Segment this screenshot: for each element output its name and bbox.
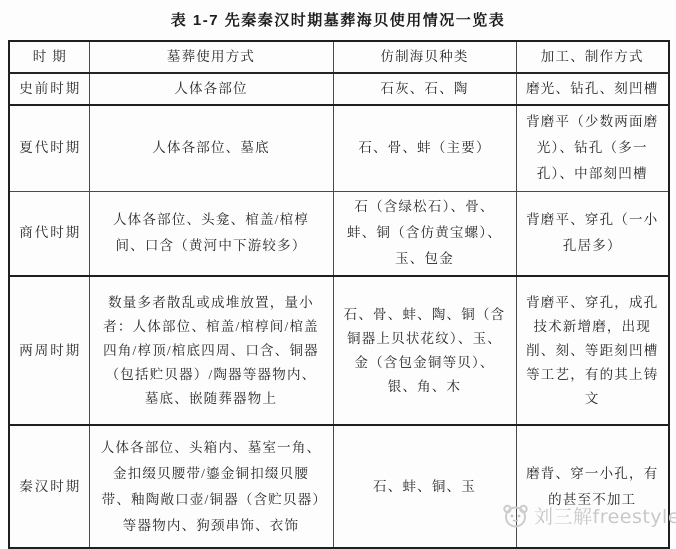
row-qinhan-period: 秦汉时期 人体各部位、头箱内、墓室一角、金扣缀贝腰带/鎏金铜扣缀贝腰带、釉陶敞口… — [9, 425, 669, 548]
usage-cell: 数量多者散乱或成堆放置，量小者：人体部位、棺盖/棺椁间/棺盖四角/椁顶/棺底四周… — [89, 276, 333, 425]
period-cell: 秦汉时期 — [9, 425, 89, 548]
row-xia-period: 夏代时期 人体各部位、墓底 石、骨、蚌（主要） 背磨平（少数两面磨光）、钻孔（多… — [9, 105, 669, 191]
period-cell: 两周时期 — [9, 276, 89, 425]
column-header-burial-usage: 墓葬使用方式 — [89, 41, 333, 73]
processing-cell: 背磨平、穿孔，成孔技术新增磨，出现削、刻、等距刻凹槽等工艺，有的其上铸文 — [516, 276, 669, 425]
column-header-period: 时期 — [9, 41, 89, 73]
types-cell: 石、骨、蚌（主要） — [333, 105, 516, 191]
period-cell: 夏代时期 — [9, 105, 89, 191]
period-cell: 史前时期 — [9, 73, 89, 105]
types-cell: 石灰、石、陶 — [333, 73, 516, 105]
usage-cell: 人体各部位 — [89, 73, 333, 105]
page-title: 表 1-7 先秦秦汉时期墓葬海贝使用情况一览表 — [0, 0, 676, 31]
row-zhou-period: 两周时期 数量多者散乱或成堆放置，量小者：人体部位、棺盖/棺椁间/棺盖四角/椁顶… — [9, 276, 669, 425]
row-shang-period: 商代时期 人体各部位、头龛、棺盖/棺椁间、口含（黄河中下游较多） 石（含绿松石）… — [9, 191, 669, 276]
column-header-processing: 加工、制作方式 — [516, 41, 669, 73]
header-row: 时期 墓葬使用方式 仿制海贝种类 加工、制作方式 — [9, 41, 669, 73]
usage-cell: 人体各部位、头箱内、墓室一角、金扣缀贝腰带/鎏金铜扣缀贝腰带、釉陶敞口壶/铜器（… — [89, 425, 333, 548]
processing-cell: 磨光、钻孔、刻凹槽 — [516, 73, 669, 105]
scanned-table-page: 表 1-7 先秦秦汉时期墓葬海贝使用情况一览表 时期 墓葬使用方式 仿制海贝种类… — [0, 0, 676, 549]
shell-usage-table: 时期 墓葬使用方式 仿制海贝种类 加工、制作方式 史前时期 人体各部位 石灰、石… — [8, 40, 670, 549]
types-cell: 石、骨、蚌、陶、铜（含铜器上贝状花纹）、玉、金（含包金铜等贝）、银、角、木 — [333, 276, 516, 425]
column-header-imitation-types: 仿制海贝种类 — [333, 41, 516, 73]
usage-cell: 人体各部位、头龛、棺盖/棺椁间、口含（黄河中下游较多） — [89, 191, 333, 276]
types-cell: 石、蚌、铜、玉 — [333, 425, 516, 548]
usage-cell: 人体各部位、墓底 — [89, 105, 333, 191]
processing-cell: 背磨平（少数两面磨光）、钻孔（多一孔）、中部刻凹槽 — [516, 105, 669, 191]
processing-cell: 背磨平、穿孔（一小孔居多） — [516, 191, 669, 276]
row-prehistoric: 史前时期 人体各部位 石灰、石、陶 磨光、钻孔、刻凹槽 — [9, 73, 669, 105]
types-cell: 石（含绿松石）、骨、蚌、铜（含仿黄宝螺）、玉、包金 — [333, 191, 516, 276]
processing-cell: 磨背、穿一小孔，有的甚至不加工 — [516, 425, 669, 548]
period-cell: 商代时期 — [9, 191, 89, 276]
